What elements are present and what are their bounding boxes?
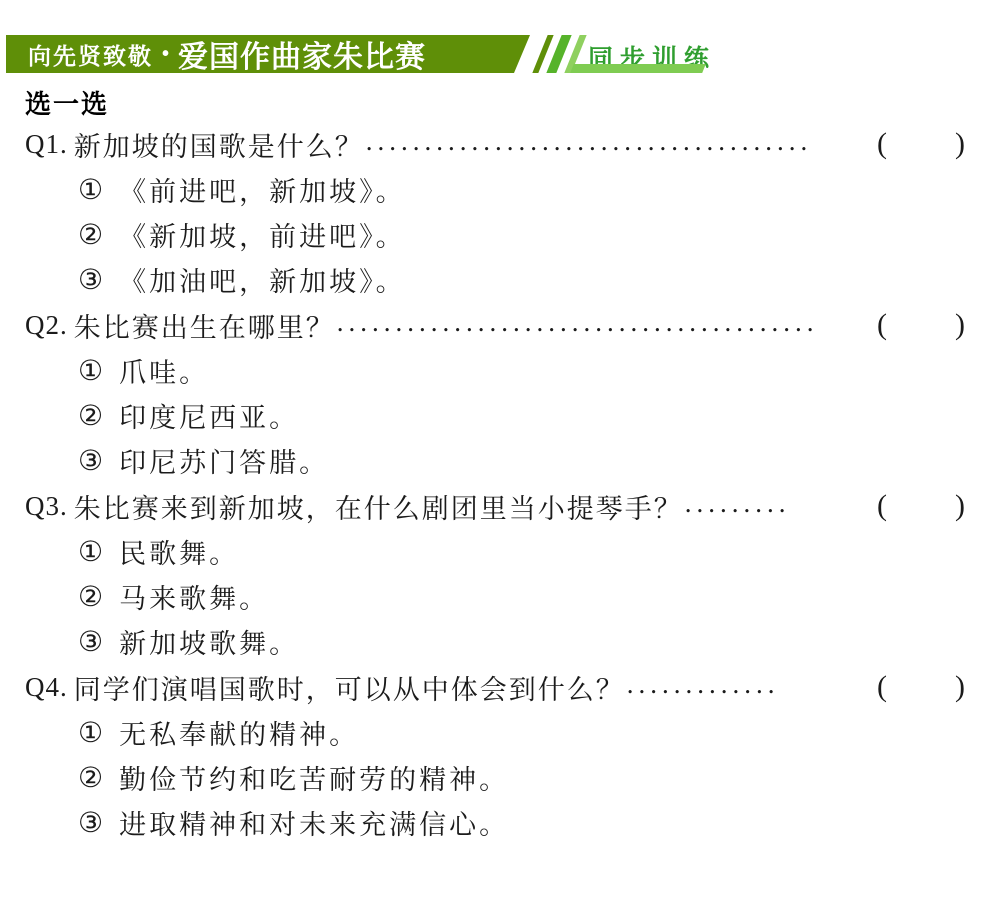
question-line: Q1. 新加坡的国歌是什么？ .........................…: [25, 121, 965, 167]
question-text: 朱比赛来到新加坡，在什么剧团里当小提琴手？: [74, 487, 683, 526]
question-label: Q4.: [25, 672, 68, 703]
question-line: Q2. 朱比赛出生在哪里？ ..........................…: [25, 302, 965, 348]
answer-paren-open: (: [877, 489, 887, 523]
option-text: 爪哇。: [119, 351, 209, 390]
option-circled-number: ②: [78, 761, 103, 795]
option-text: 《新加坡，前进吧》。: [119, 215, 406, 254]
section-title: 选一选: [25, 84, 109, 121]
question-text: 新加坡的国歌是什么？: [74, 125, 364, 164]
answer-paren-open: (: [877, 670, 887, 704]
banner-subtitle: 向先贤致敬: [28, 38, 153, 71]
option-circled-number: ②: [78, 218, 103, 252]
option-circled-number: ③: [78, 625, 103, 659]
question-label: Q3.: [25, 491, 68, 522]
question-line: Q4. 同学们演唱国歌时，可以从中体会到什么？ ............. ( …: [25, 664, 965, 710]
option-line: ③ 《加油吧，新加坡》。: [25, 257, 965, 302]
option-text: 民歌舞。: [119, 532, 239, 571]
option-text: 《加油吧，新加坡》。: [119, 260, 406, 299]
worksheet-page: 向先贤致敬 • 爱国作曲家朱比赛 同步训练 选一选 Q1. 新加坡的国歌是什么？…: [0, 0, 990, 900]
question-label: Q1.: [25, 129, 68, 160]
option-line: ① 无私奉献的精神。: [25, 710, 965, 755]
option-line: ① 爪哇。: [25, 348, 965, 393]
option-circled-number: ③: [78, 806, 103, 840]
option-line: ② 印度尼西亚。: [25, 393, 965, 438]
question-line: Q3. 朱比赛来到新加坡，在什么剧团里当小提琴手？ ......... ( ): [25, 483, 965, 529]
option-text: 进取精神和对未来充满信心。: [119, 803, 509, 842]
option-circled-number: ②: [78, 399, 103, 433]
option-line: ③ 印尼苏门答腊。: [25, 438, 965, 483]
option-line: ① 《前进吧，新加坡》。: [25, 167, 965, 212]
option-text: 无私奉献的精神。: [119, 713, 359, 752]
banner-separator-dot: •: [162, 43, 169, 66]
answer-paren-close: ): [955, 127, 965, 161]
option-text: 马来歌舞。: [119, 577, 269, 616]
title-banner: 向先贤致敬 • 爱国作曲家朱比赛: [6, 35, 530, 73]
option-circled-number: ①: [78, 535, 103, 569]
leader-dots: ........................................…: [337, 307, 875, 338]
option-line: ③ 进取精神和对未来充满信心。: [25, 800, 965, 845]
option-line: ③ 新加坡歌舞。: [25, 619, 965, 664]
option-circled-number: ③: [78, 444, 103, 478]
question-text: 朱比赛出生在哪里？: [74, 306, 335, 345]
leader-dots: ......................................: [366, 126, 875, 157]
answer-paren-close: ): [955, 308, 965, 342]
option-line: ② 马来歌舞。: [25, 574, 965, 619]
answer-paren-close: ): [955, 670, 965, 704]
option-circled-number: ①: [78, 716, 103, 750]
banner-title: 爱国作曲家朱比赛: [178, 32, 426, 76]
leader-dots: .............: [627, 669, 875, 700]
option-text: 勤俭节约和吃苦耐劳的精神。: [119, 758, 509, 797]
option-text: 印度尼西亚。: [119, 396, 299, 435]
series-logo-underline-bar: [570, 64, 706, 73]
option-line: ① 民歌舞。: [25, 529, 965, 574]
question-list: Q1. 新加坡的国歌是什么？ .........................…: [25, 121, 965, 845]
option-line: ② 《新加坡，前进吧》。: [25, 212, 965, 257]
question-text: 同学们演唱国歌时，可以从中体会到什么？: [74, 668, 625, 707]
question-label: Q2.: [25, 310, 68, 341]
option-text: 印尼苏门答腊。: [119, 441, 329, 480]
option-text: 新加坡歌舞。: [119, 622, 299, 661]
option-circled-number: ①: [78, 173, 103, 207]
option-circled-number: ①: [78, 354, 103, 388]
option-circled-number: ③: [78, 263, 103, 297]
answer-paren-open: (: [877, 127, 887, 161]
header: 向先贤致敬 • 爱国作曲家朱比赛 同步训练: [0, 0, 990, 73]
option-text: 《前进吧，新加坡》。: [119, 170, 406, 209]
answer-paren-close: ): [955, 489, 965, 523]
option-circled-number: ②: [78, 580, 103, 614]
leader-dots: .........: [685, 488, 875, 519]
option-line: ② 勤俭节约和吃苦耐劳的精神。: [25, 755, 965, 800]
answer-paren-open: (: [877, 308, 887, 342]
